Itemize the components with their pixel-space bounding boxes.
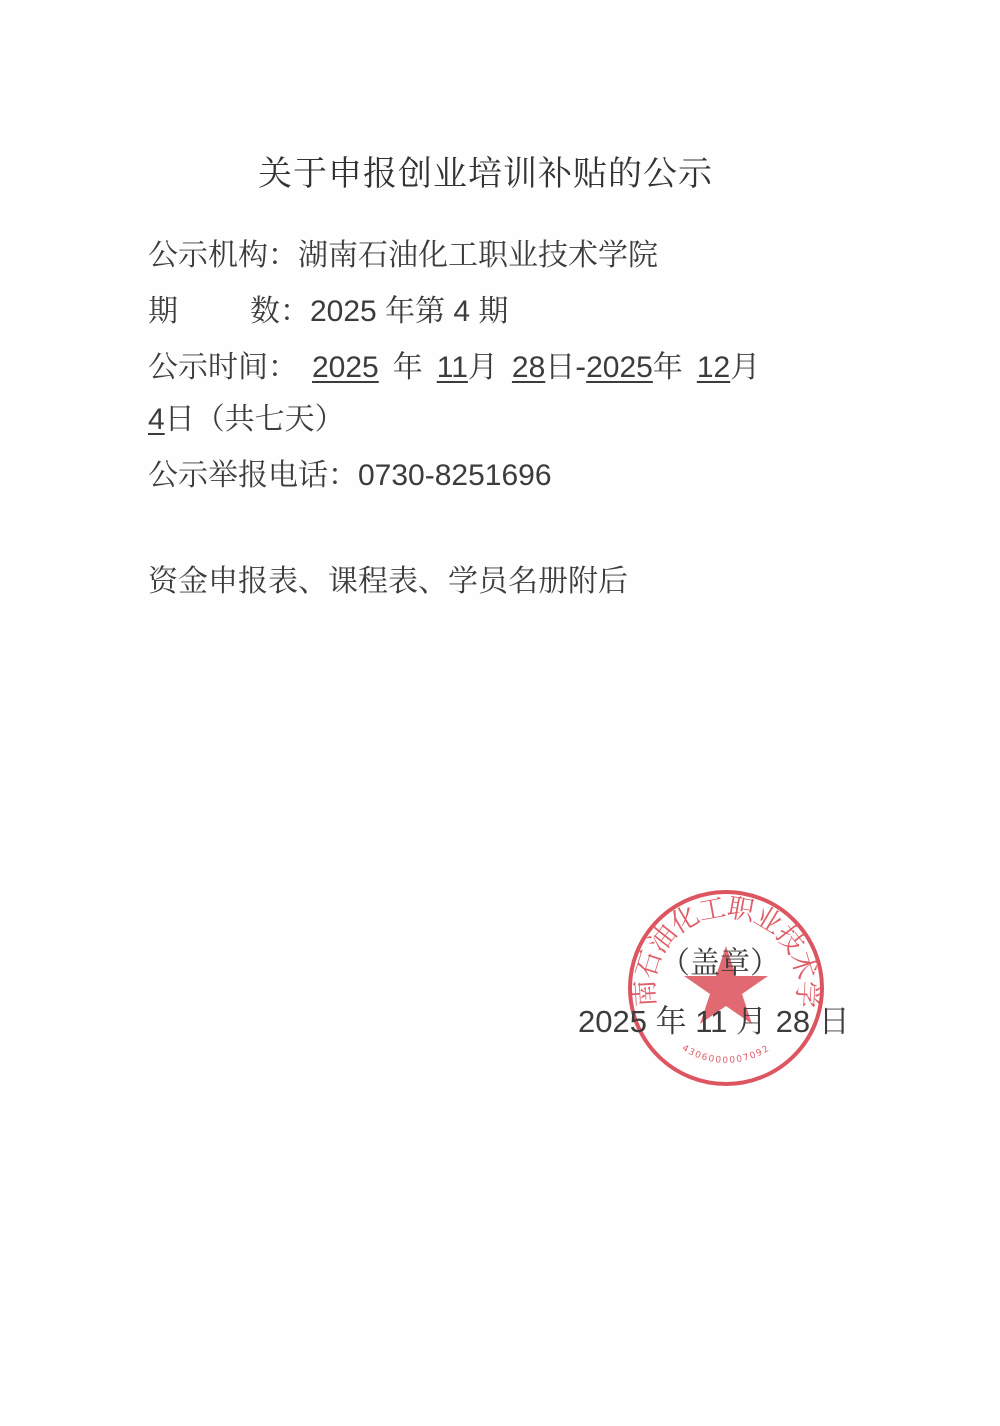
period-value: 2025 年第 4 期	[310, 295, 508, 328]
end-year-char: 年	[653, 350, 683, 385]
publicity-time-line-cont: 4日（共七天）	[148, 400, 345, 440]
report-phone-label: 公示举报电话：	[148, 458, 358, 493]
month-char: 月	[468, 350, 498, 385]
seal-label: （盖章）	[660, 938, 780, 982]
day-char: 日	[165, 402, 195, 437]
year-char: 年	[393, 350, 423, 385]
seal-number: 4306000007092	[680, 1043, 772, 1065]
institution-label: 公示机构：	[148, 238, 298, 273]
day-char-dash: 日-	[545, 350, 586, 385]
svg-text:4306000007092: 4306000007092	[680, 1043, 772, 1065]
institution-value: 湖南石油化工职业技术学院	[298, 238, 658, 273]
duration: （共七天）	[195, 402, 345, 437]
report-phone-value: 0730-8251696	[358, 459, 552, 492]
end-month: 12	[683, 348, 730, 388]
end-year: 2025	[586, 348, 653, 388]
end-month-char: 月	[730, 350, 760, 385]
publicity-time-label: 公示时间：	[148, 350, 298, 385]
period-line: 期数：2025 年第 4 期	[148, 292, 508, 332]
end-day: 4	[148, 400, 165, 440]
institution-line: 公示机构：湖南石油化工职业技术学院	[148, 236, 658, 276]
document-title: 关于申报创业培训补贴的公示	[258, 146, 713, 195]
official-seal-icon: 湖南石油化工职业技术学院 4306000007092	[626, 888, 826, 1088]
document-page: 关于申报创业培训补贴的公示 公示机构：湖南石油化工职业技术学院 期数：2025 …	[0, 0, 1000, 1426]
start-month: 11	[423, 348, 468, 388]
publicity-time-line: 公示时间：2025年11月28日-2025年12月	[148, 348, 760, 388]
report-phone-line: 公示举报电话：0730-8251696	[148, 456, 552, 496]
period-label-part2: 数：	[250, 294, 310, 329]
start-year: 2025	[298, 348, 393, 388]
period-label-part1: 期	[148, 292, 178, 332]
sign-date: 2025 年 11 月 28 日	[578, 996, 850, 1041]
start-day: 28	[498, 348, 545, 388]
attachments-note: 资金申报表、课程表、学员名册附后	[148, 562, 628, 602]
